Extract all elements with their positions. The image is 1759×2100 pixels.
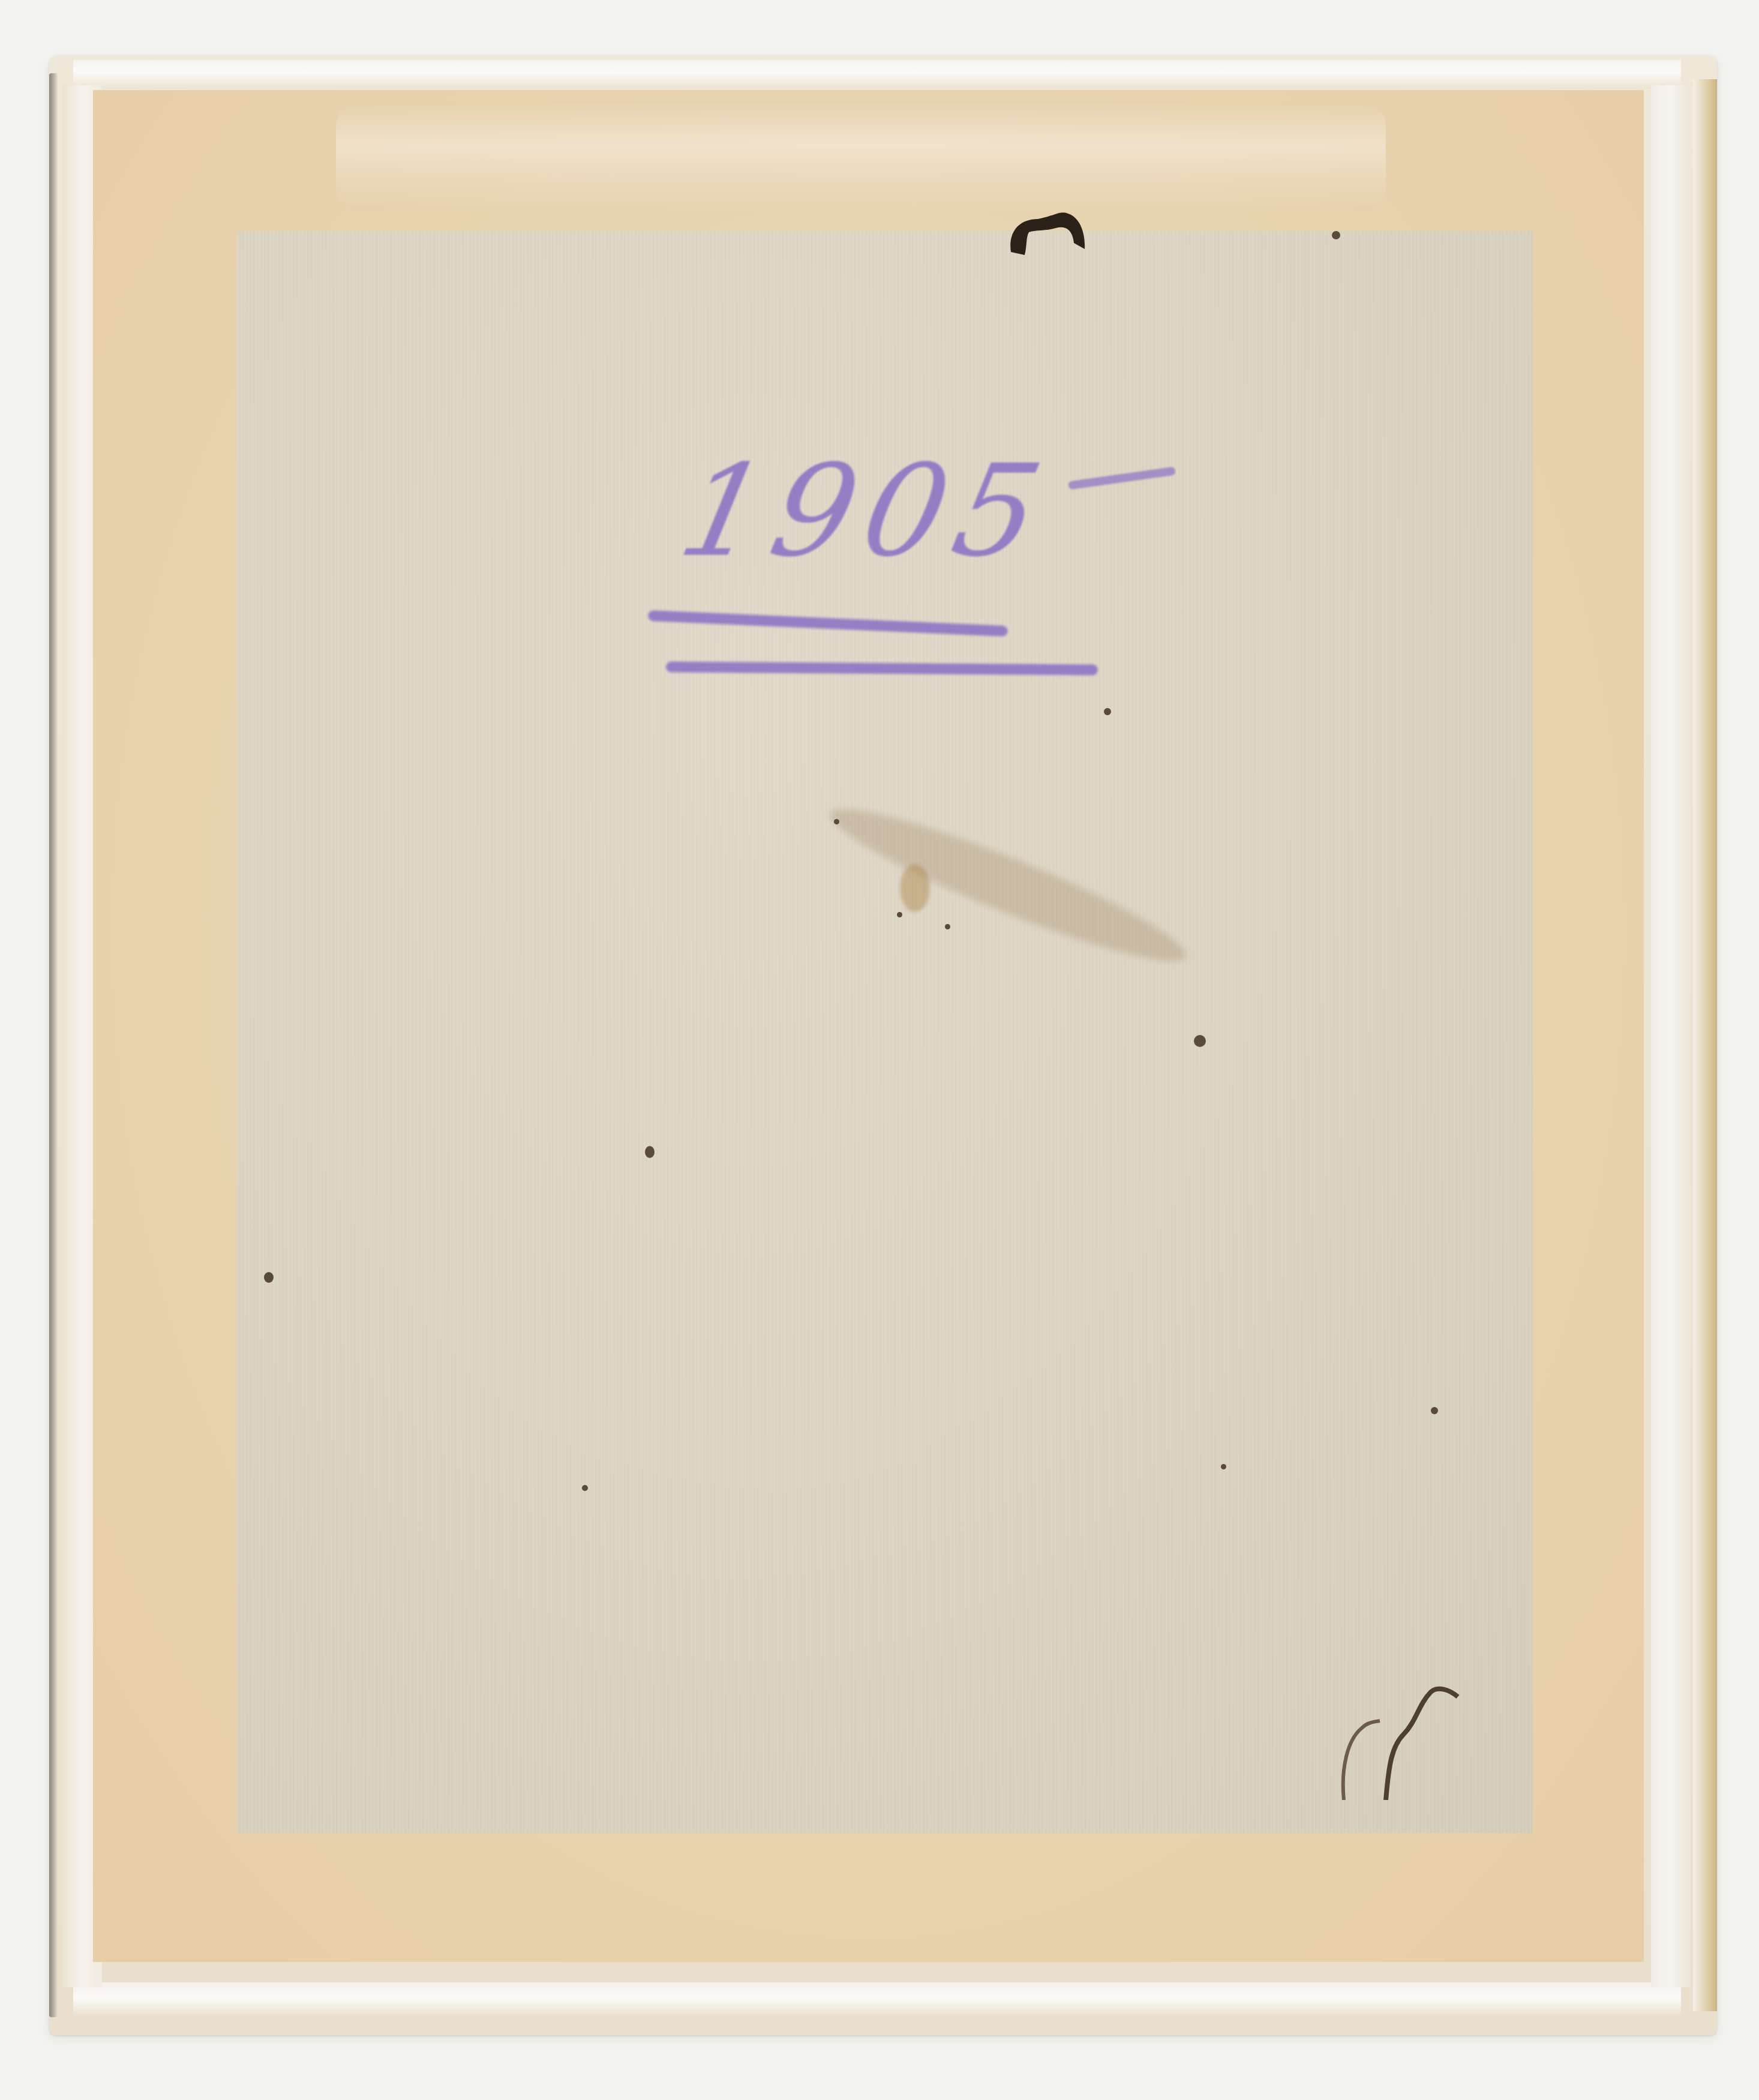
mount-edge-left xyxy=(49,73,58,2017)
speck xyxy=(834,819,839,824)
speck xyxy=(1104,708,1111,715)
speck xyxy=(1194,1035,1206,1047)
photograph-scene: 1905 xyxy=(0,0,1759,2100)
glossy-sheen xyxy=(336,102,1386,210)
hanging-hole-icon xyxy=(1002,207,1092,261)
speck xyxy=(645,1146,655,1158)
inscription-flourish xyxy=(1068,467,1176,490)
mount-bevel-right xyxy=(1651,85,1691,1987)
speck xyxy=(945,924,950,929)
paper-tear xyxy=(1332,1608,1488,1800)
handwritten-inscription: 1905 xyxy=(648,438,1188,690)
stain-blot xyxy=(900,864,930,912)
inscription-year: 1905 xyxy=(668,438,1064,585)
mount-bevel-top xyxy=(73,60,1681,89)
speck xyxy=(897,912,902,917)
speck xyxy=(1221,1464,1226,1469)
speck xyxy=(1332,231,1340,239)
mount-bevel-bottom xyxy=(73,1982,1681,2018)
mount-edge-right xyxy=(1693,79,1717,2011)
inscription-underline-2 xyxy=(666,661,1098,675)
speck xyxy=(582,1485,588,1491)
inscription-underline-1 xyxy=(648,610,1008,637)
speck xyxy=(264,1272,274,1283)
speck xyxy=(1431,1407,1438,1414)
